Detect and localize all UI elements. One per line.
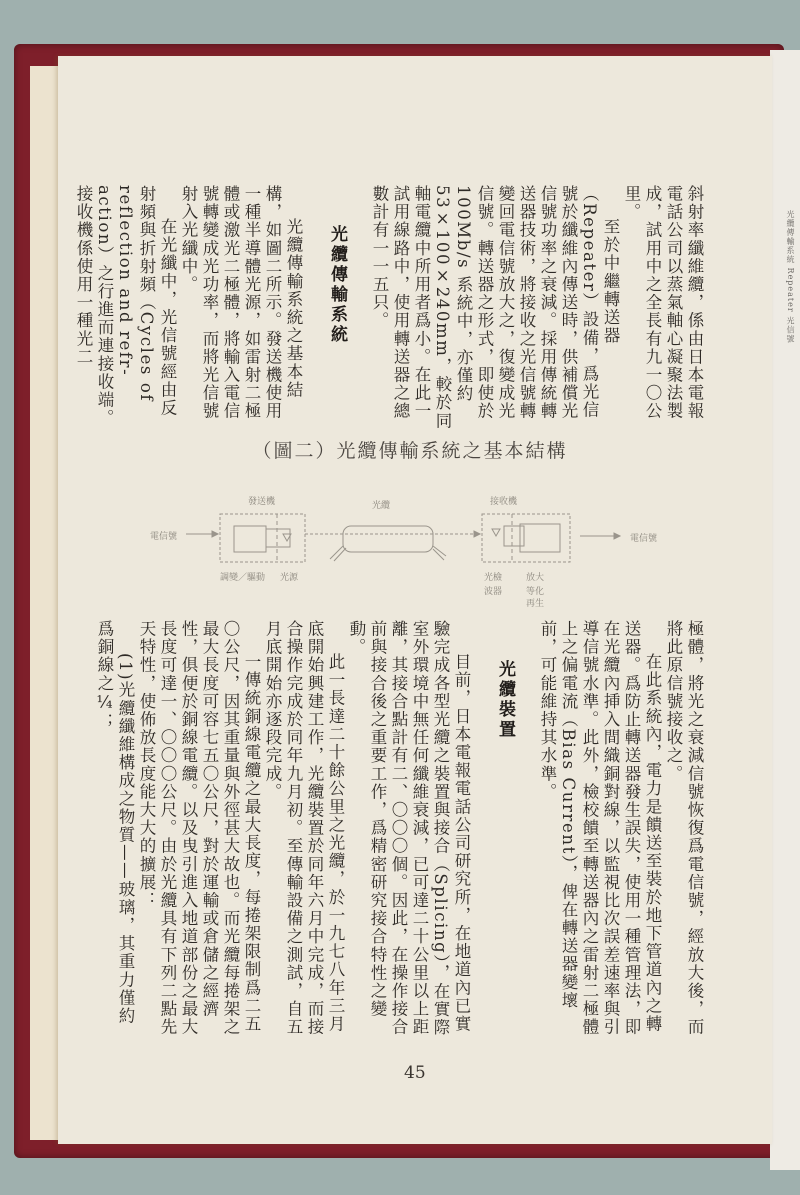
upper-text-section: 斜射率纖維纜，係由日本電報電話公司以蒸氣軸心凝聚法製成，試用中之全長有九一〇公里… xyxy=(110,185,705,431)
next-page-edge: 光纜傳輸系統 Repeater 光信號 xyxy=(770,50,800,1170)
paragraph: 至於中繼轉送器（Repeater）設備，爲光信號於纖維內傳送時，供補償光信號功率… xyxy=(369,185,621,431)
paragraph: 在此系統內，電力是饋送至裝於地下管道內之轉送器。爲防止轉送器發生誤失，使用一種管… xyxy=(537,620,663,1040)
paragraph: 此一長達二十餘公里之光纜，於一九七八年三月底開始興建工作，光纜裝置於同年六月中完… xyxy=(262,620,346,1040)
lower-text-section: 極體，將光之衰減信號恢復爲電信號，經放大後，而將此原信號接收之。 在此系統內，電… xyxy=(110,620,705,1040)
next-page-ghost-text: 光纜傳輸系統 Repeater 光信號 xyxy=(776,210,796,730)
paragraph: 光纜傳輸系統之基本結構，如圖二所示。發送機使用一種半導體光源，如雷射二極體或激光… xyxy=(178,185,304,431)
amplify-label-1: 放大 xyxy=(526,570,544,583)
system-diagram: 發送機 電信號 調變／驅動 光源 光纜 接收機 電信號 光檢 波器 放大 等化 … xyxy=(140,484,680,604)
paragraph: 極體，將光之衰減信號恢復爲電信號，經放大後，而將此原信號接收之。 xyxy=(663,620,705,1040)
input-signal-label: 電信號 xyxy=(150,529,177,542)
paragraph: (1)光纜纖維構成之物質——玻璃，其重力僅約爲銅線之¼； xyxy=(94,620,136,1040)
fiber-cable-label: 光纜 xyxy=(372,498,390,511)
amplify-label-3: 再生 xyxy=(526,596,544,609)
paragraph: 一傳統銅線電纜之最大長度，每捲架限制爲二五〇公尺，因其重量與外徑甚大故也。而光纜… xyxy=(136,620,262,1040)
figure-caption: （圖二）光纜傳輸系統之基本結構 xyxy=(240,436,580,463)
page-number: 45 xyxy=(404,1063,426,1083)
photodetector-label-2: 波器 xyxy=(484,584,502,597)
section-heading: 光纜傳輸系統 xyxy=(326,185,347,431)
output-signal-label: 電信號 xyxy=(630,531,657,544)
receiver-label: 接收機 xyxy=(490,494,517,507)
modulation-drive-label: 調變／驅動 xyxy=(220,570,265,583)
photodetector-label-1: 光檢 xyxy=(484,570,502,583)
transmitter-label: 發送機 xyxy=(248,494,275,507)
transmission-diagram-graphic xyxy=(140,484,680,604)
paragraph: 在光纖中，光信號經由反射頻與折射頻（Cycles of reflection a… xyxy=(73,185,178,431)
section-heading: 光纜裝置 xyxy=(494,620,515,1040)
paragraph: 目前，日本電報電話公司研究所，在地道內已實驗完成各型光纜之裝置與接合（Splic… xyxy=(346,620,472,1040)
light-source-label: 光源 xyxy=(280,570,298,583)
paragraph: 斜射率纖維纜，係由日本電報電話公司以蒸氣軸心凝聚法製成，試用中之全長有九一〇公里… xyxy=(621,185,705,431)
